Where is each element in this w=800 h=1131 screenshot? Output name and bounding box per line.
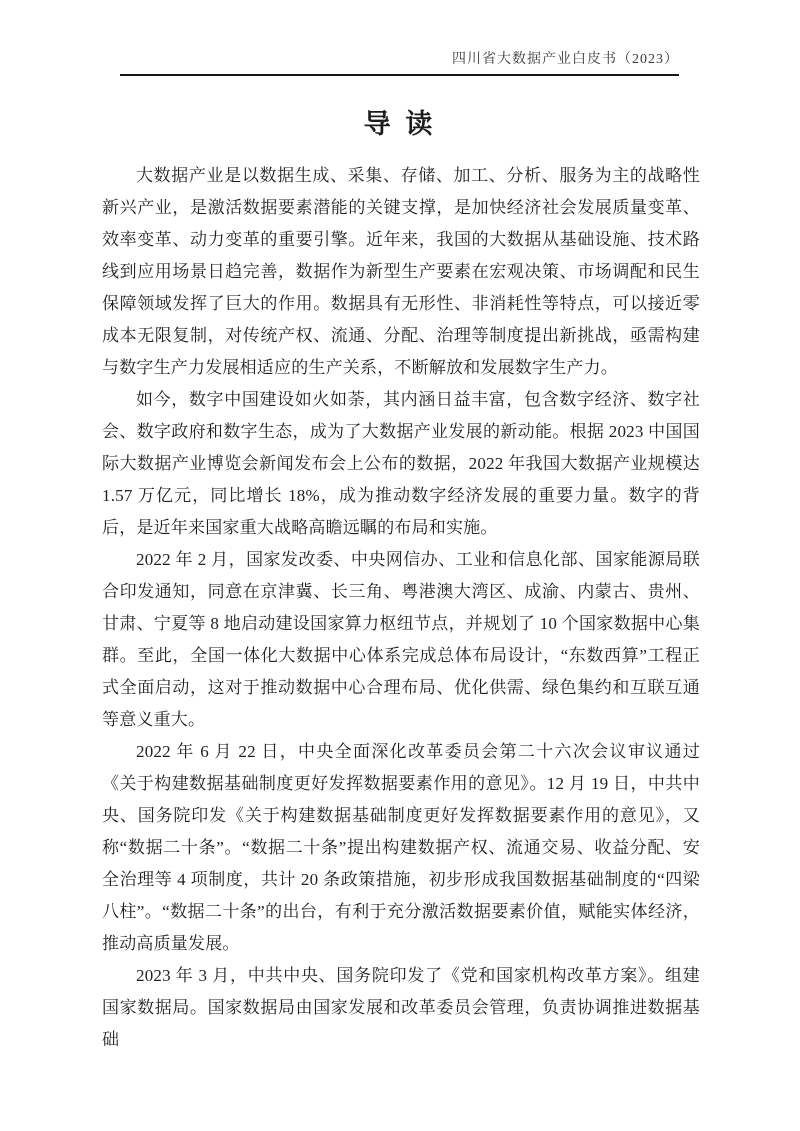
page-header: 四川省大数据产业白皮书（2023） xyxy=(120,50,679,70)
paragraph-digital-china: 如今，数字中国建设如火如荼，其内涵日益丰富，包含数字经济、数字社会、数字政府和数… xyxy=(102,384,700,544)
page-title: 导 读 xyxy=(0,102,800,146)
paragraph-compute-hubs-2022: 2022 年 2 月，国家发改委、中央网信办、工业和信息化部、国家能源局联合印发… xyxy=(102,544,700,736)
header-rule xyxy=(120,74,679,76)
document-body: 大数据产业是以数据生成、采集、存储、加工、分析、服务为主的战略性新兴产业，是激活… xyxy=(102,160,700,1056)
header-book-title: 四川省大数据产业白皮书（2023） xyxy=(452,52,679,67)
paragraph-data-twenty-measures: 2022 年 6 月 22 日，中央全面深化改革委员会第二十六次会议审议通过《关… xyxy=(102,736,700,960)
paragraph-industry-overview: 大数据产业是以数据生成、采集、存储、加工、分析、服务为主的战略性新兴产业，是激活… xyxy=(102,160,700,384)
document-page: 四川省大数据产业白皮书（2023） 导 读 大数据产业是以数据生成、采集、存储、… xyxy=(0,0,800,1131)
paragraph-national-data-bureau-2023: 2023 年 3 月，中共中央、国务院印发了《党和国家机构改革方案》。组建国家数… xyxy=(102,960,700,1056)
